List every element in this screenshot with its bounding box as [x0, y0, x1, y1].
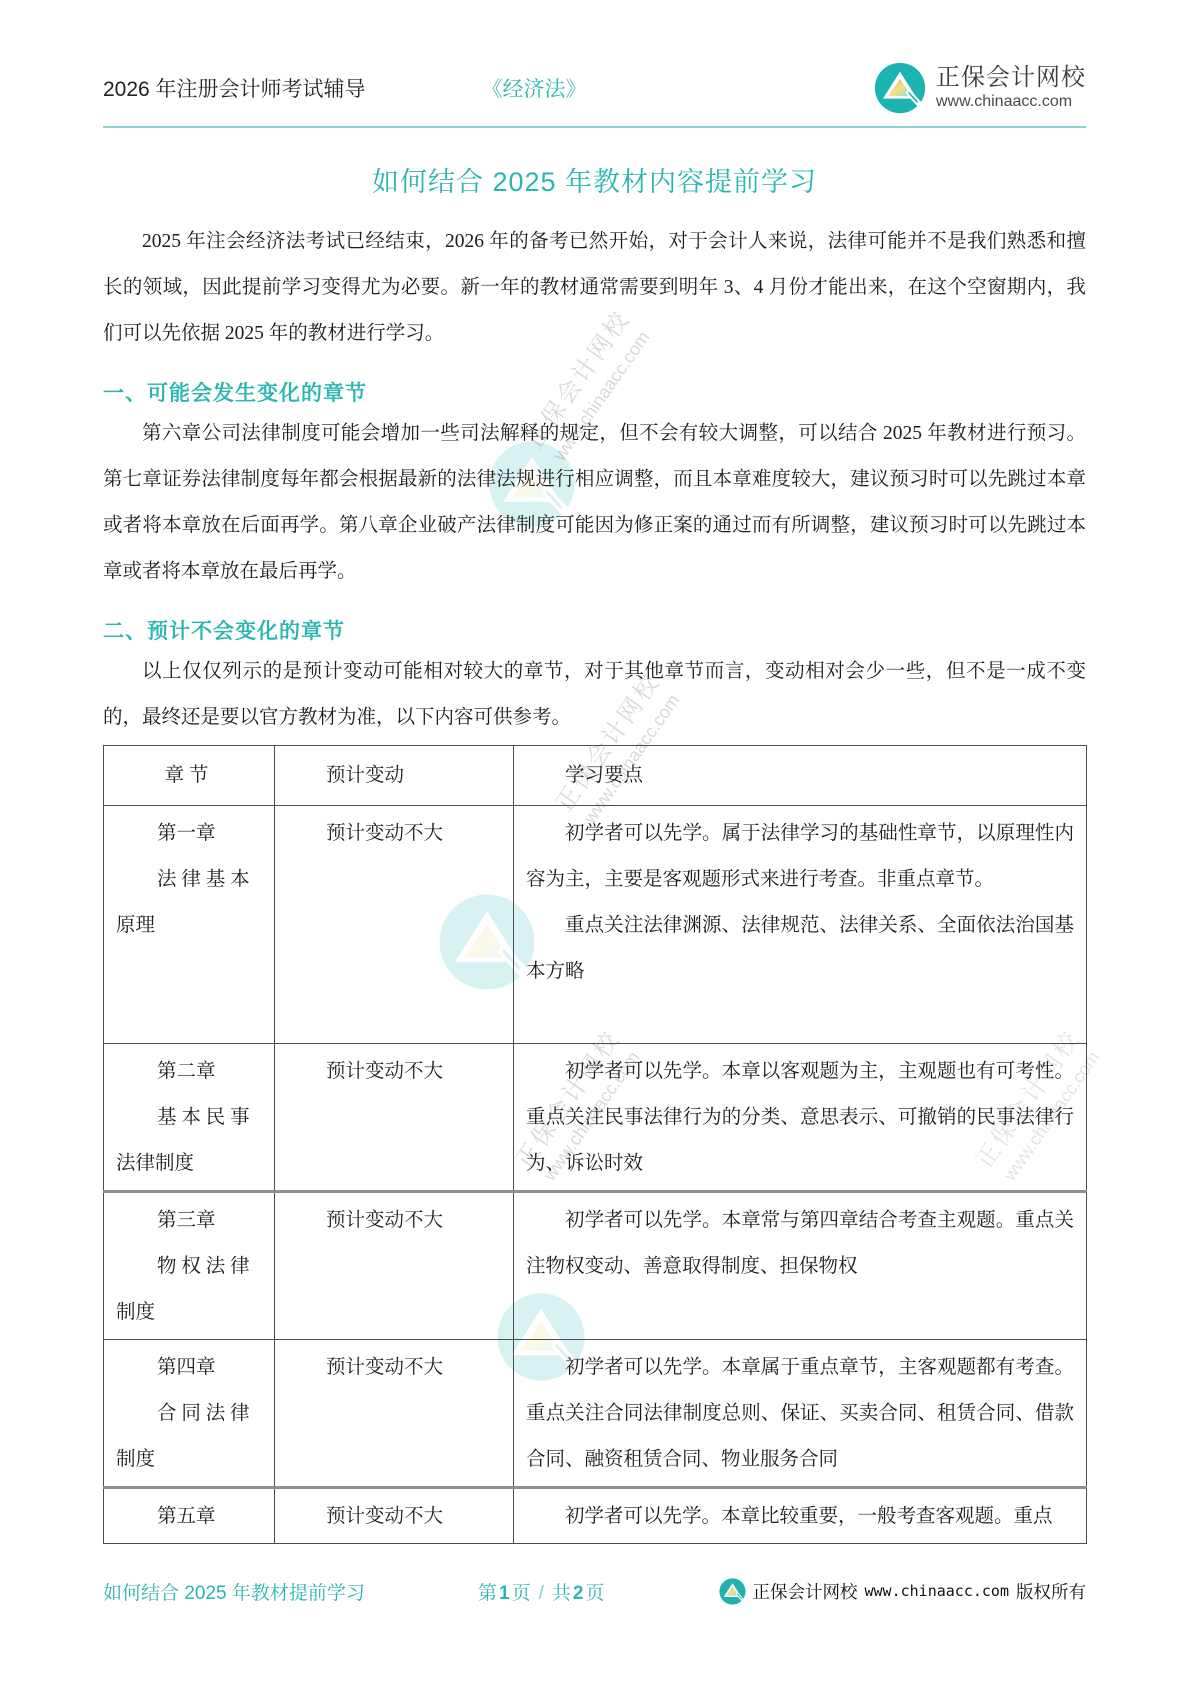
- table-row: 第二章基 本 民 事法律制度预计变动不大初学者可以先学。本章以客观题为主，主观题…: [104, 1044, 1087, 1192]
- footer-copyright: 版权所有: [1016, 1579, 1086, 1604]
- intro-paragraph: 2025 年注会经济法考试已经结束，2026 年的备考已然开始，对于会计人来说，…: [103, 219, 1086, 357]
- table-row: 第三章物 权 法 律制度预计变动不大初学者可以先学。本章常与第四章结合考查主观题…: [104, 1192, 1087, 1340]
- section-1-heading: 一、可能会发生变化的章节: [103, 377, 1086, 407]
- page-current-prefix: 第: [478, 1583, 497, 1604]
- change-label: 预计变动不大: [287, 1198, 501, 1244]
- table-row: 第五章预计变动不大初学者可以先学。本章比较重要，一般考查客观题。重点: [104, 1488, 1087, 1544]
- document-page: 正保会计网校 www.chinaacc.com 正保会计网校 www.china…: [0, 0, 1190, 1683]
- chapter-line: 法律制度: [116, 1141, 262, 1187]
- change-label: 预计变动不大: [287, 811, 501, 857]
- points-paragraph: 重点关注法律渊源、法律规范、法律关系、全面依法治国基本方略: [526, 903, 1074, 995]
- points-cell: 初学者可以先学。本章属于重点章节，主客观题都有考查。重点关注合同法律制度总则、保…: [514, 1340, 1087, 1488]
- chapter-line: 基 本 民 事: [116, 1095, 262, 1141]
- points-cell: 初学者可以先学。本章比较重要，一般考查客观题。重点: [514, 1488, 1087, 1544]
- table-row: 第一章法 律 基 本原理预计变动不大初学者可以先学。属于法律学习的基础性章节，以…: [104, 806, 1087, 1044]
- chapter-line: 制度: [116, 1437, 262, 1483]
- points-cell: 初学者可以先学。属于法律学习的基础性章节，以原理性内容为主，主要是客观题形式来进…: [514, 806, 1087, 1044]
- chapter-line: 制度: [116, 1290, 262, 1336]
- page-current-suffix: 页: [512, 1583, 531, 1604]
- brand-logo-icon: [874, 62, 926, 114]
- points-paragraph: 初学者可以先学。本章比较重要，一般考查客观题。重点: [526, 1494, 1074, 1540]
- chapter-cell: 第三章物 权 法 律制度: [104, 1192, 275, 1340]
- chapter-line: 第三章: [116, 1198, 262, 1244]
- chapter-line: 法 律 基 本: [116, 857, 262, 903]
- page-separator: /: [531, 1583, 552, 1604]
- points-paragraph: 初学者可以先学。本章以客观题为主，主观题也有可考性。重点关注民事法律行为的分类、…: [526, 1049, 1074, 1187]
- change-cell: 预计变动不大: [275, 1340, 514, 1488]
- page-current-number: 1: [497, 1583, 512, 1604]
- header-subject-label: 《经济法》: [482, 73, 587, 103]
- section-2-heading: 二、预计不会变化的章节: [103, 615, 1086, 645]
- points-paragraph: 初学者可以先学。本章常与第四章结合考查主观题。重点关注物权变动、善意取得制度、担…: [526, 1198, 1074, 1290]
- chapter-line: 第一章: [116, 811, 262, 857]
- change-cell: 预计变动不大: [275, 1192, 514, 1340]
- chapter-line: 原理: [116, 903, 262, 949]
- points-paragraph: 初学者可以先学。本章属于重点章节，主客观题都有考查。重点关注合同法律制度总则、保…: [526, 1345, 1074, 1483]
- chapters-table-body: 第一章法 律 基 本原理预计变动不大初学者可以先学。属于法律学习的基础性章节，以…: [104, 806, 1087, 1544]
- points-cell: 初学者可以先学。本章以客观题为主，主观题也有可考性。重点关注民事法律行为的分类、…: [514, 1044, 1087, 1192]
- chapter-cell: 第二章基 本 民 事法律制度: [104, 1044, 275, 1192]
- section-1-body: 第六章公司法律制度可能会增加一些司法解释的规定，但不会有较大调整，可以结合 20…: [103, 411, 1086, 595]
- chapter-cell: 第四章合 同 法 律制度: [104, 1340, 275, 1488]
- change-label: 预计变动不大: [287, 1494, 501, 1540]
- header-course-label: 2026 年注册会计师考试辅导: [103, 73, 366, 103]
- chapter-cell: 第五章: [104, 1488, 275, 1544]
- points-cell: 初学者可以先学。本章常与第四章结合考查主观题。重点关注物权变动、善意取得制度、担…: [514, 1192, 1087, 1340]
- chapters-table: 章节 预计变动 学习要点 第一章法 律 基 本原理预计变动不大初学者可以先学。属…: [103, 745, 1087, 1544]
- table-header-row: 章节 预计变动 学习要点: [104, 746, 1087, 806]
- page-title: 如何结合 2025 年教材内容提前学习: [103, 160, 1086, 199]
- change-cell: 预计变动不大: [275, 806, 514, 1044]
- brand-name: 正保会计网校: [936, 65, 1086, 91]
- footer-brand-name: 正保会计网校: [753, 1579, 858, 1604]
- points-paragraph: 初学者可以先学。属于法律学习的基础性章节，以原理性内容为主，主要是客观题形式来进…: [526, 811, 1074, 903]
- page-header: 2026 年注册会计师考试辅导 《经济法》 正保会计网校 www.chinaac…: [103, 0, 1086, 128]
- col-header-change: 预计变动: [275, 746, 514, 806]
- chapter-line: 第二章: [116, 1049, 262, 1095]
- page-total-suffix: 页: [585, 1583, 604, 1604]
- footer-doc-title: 如何结合 2025 年教材提前学习: [103, 1578, 365, 1605]
- footer-page-indicator: 第1页/共2页: [478, 1578, 605, 1605]
- col-header-points: 学习要点: [514, 746, 1087, 806]
- page-total-number: 2: [571, 1583, 586, 1604]
- page-footer: 如何结合 2025 年教材提前学习 第1页/共2页 正保会计网校 www.chi…: [103, 1568, 1086, 1614]
- chapter-line: 合 同 法 律: [116, 1391, 262, 1437]
- change-label: 预计变动不大: [287, 1345, 501, 1391]
- change-label: 预计变动不大: [287, 1049, 501, 1095]
- chapter-line: 第五章: [116, 1494, 262, 1540]
- change-cell: 预计变动不大: [275, 1488, 514, 1544]
- header-brand: 正保会计网校 www.chinaacc.com: [874, 62, 1086, 114]
- section-2-body: 以上仅仅列示的是预计变动可能相对较大的章节，对于其他章节而言，变动相对会少一些，…: [103, 649, 1086, 741]
- change-cell: 预计变动不大: [275, 1044, 514, 1192]
- page-total-prefix: 共: [552, 1583, 571, 1604]
- footer-brand: 正保会计网校 www.chinaacc.com 版权所有: [719, 1578, 1087, 1605]
- col-header-chapter: 章节: [104, 746, 275, 806]
- brand-url: www.chinaacc.com: [936, 92, 1086, 111]
- table-row: 第四章合 同 法 律制度预计变动不大初学者可以先学。本章属于重点章节，主客观题都…: [104, 1340, 1087, 1488]
- chapter-line: 物 权 法 律: [116, 1244, 262, 1290]
- chapter-line: 第四章: [116, 1345, 262, 1391]
- chapter-cell: 第一章法 律 基 本原理: [104, 806, 275, 1044]
- brand-logo-icon: [719, 1578, 746, 1605]
- footer-brand-url: www.chinaacc.com: [865, 1582, 1010, 1600]
